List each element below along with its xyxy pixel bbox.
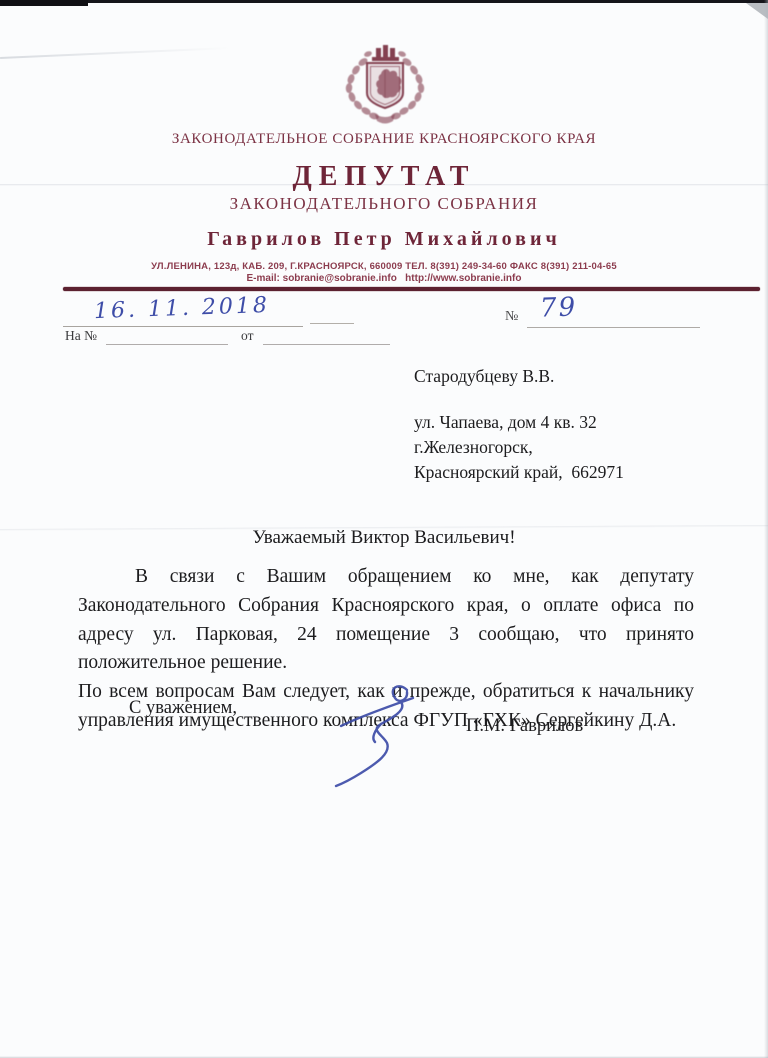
handwritten-number: 79 xyxy=(539,292,577,323)
closing-phrase: С уважением, xyxy=(129,698,237,719)
recipient-name: Стародубцеву В.В. xyxy=(414,364,624,389)
letterhead-subtitle: ЗАКОНОДАТЕЛЬНОГО СОБРАНИЯ xyxy=(0,194,768,214)
ot-label: от xyxy=(241,328,253,344)
letterhead-title: ДЕПУТАТ xyxy=(0,161,768,193)
recipient-block: Стародубцеву В.В. ул. Чапаева, дом 4 кв.… xyxy=(414,364,624,485)
salutation: Уважаемый Виктор Васильевич! xyxy=(0,527,768,549)
scanned-letter-page: ЗАКОНОДАТЕЛЬНОЕ СОБРАНИЕ КРАСНОЯРСКОГО К… xyxy=(0,0,768,1058)
body-paragraph: В связи с Вашим обращением ко мне, как д… xyxy=(78,563,694,678)
recipient-address-line: Красноярский край, 662971 xyxy=(414,460,624,485)
recipient-address-line: г.Железногорск, xyxy=(414,435,624,460)
coat-of-arms-icon xyxy=(341,44,429,124)
recipient-address-line: ул. Чапаева, дом 4 кв. 32 xyxy=(414,410,624,435)
scan-edge-top xyxy=(0,0,768,3)
number-sign-label: № xyxy=(505,309,518,325)
handwritten-date: 16. 11. 2018 xyxy=(94,293,271,324)
date-underline-dash xyxy=(310,323,354,324)
number-underline xyxy=(527,327,700,328)
date-underline xyxy=(63,326,303,327)
na-no-label: На № xyxy=(65,328,97,344)
ot-underline xyxy=(263,344,390,345)
organization-name: ЗАКОНОДАТЕЛЬНОЕ СОБРАНИЕ КРАСНОЯРСКОГО К… xyxy=(0,131,768,148)
letterhead-address: УЛ.ЛЕНИНА, 123д, КАБ. 209, Г.КРАСНОЯРСК,… xyxy=(0,261,768,272)
paper-crease xyxy=(0,47,230,59)
signature-ink xyxy=(295,678,445,788)
na-no-underline xyxy=(106,344,228,345)
signer-name: П.М. Гаврилов xyxy=(466,716,583,737)
scan-edge-top-left xyxy=(0,0,88,6)
letterhead-rule xyxy=(63,287,760,291)
letterhead-email: E-mail: sobranie@sobranie.info http://ww… xyxy=(0,273,768,284)
deputy-name: Гаврилов Петр Михайлович xyxy=(0,228,768,251)
